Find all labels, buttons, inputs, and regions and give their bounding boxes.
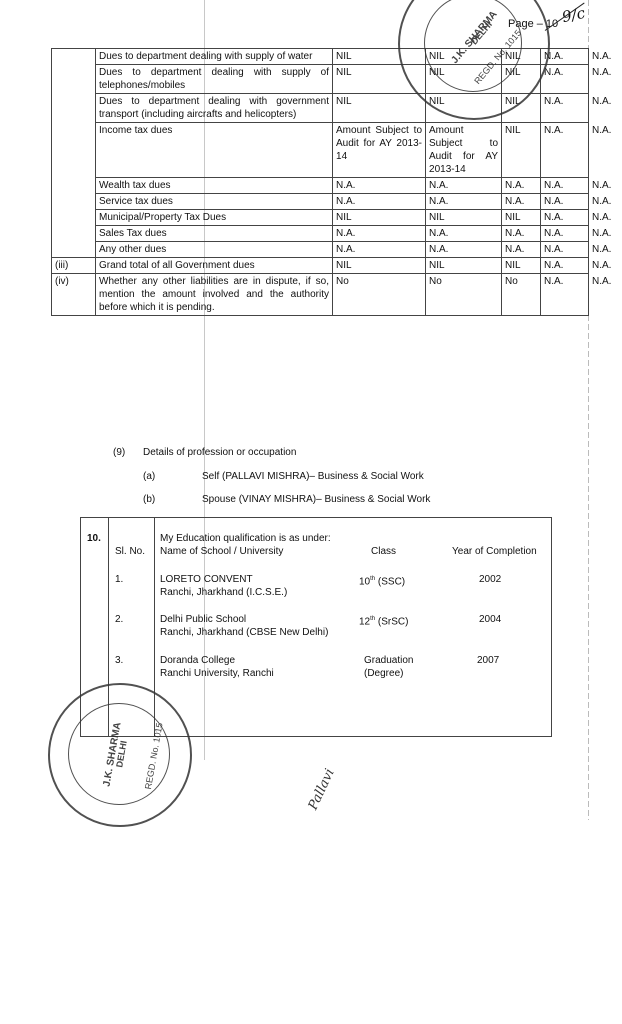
edu-row-3-location: Ranchi University, Ranchi — [160, 667, 274, 680]
due-value-c3: N.A. — [502, 194, 541, 210]
row-number — [52, 178, 96, 194]
row-number — [52, 49, 96, 65]
due-description: Service tax dues — [96, 194, 333, 210]
due-value-c4: N.A. — [541, 65, 589, 94]
row-number — [52, 65, 96, 94]
due-description: Dues to department dealing with governme… — [96, 94, 333, 123]
table-row: Income tax duesAmount Subject to Audit f… — [52, 123, 589, 178]
edu-row-2-year: 2004 — [479, 613, 501, 626]
header-year: Year of Completion — [452, 545, 537, 558]
due-value-c3: N.A. — [502, 178, 541, 194]
due-value-c3: No — [502, 274, 541, 316]
due-description: Municipal/Property Tax Dues — [96, 210, 333, 226]
edu-row-3-year: 2007 — [477, 654, 499, 667]
due-description: Whether any other liabilities are in dis… — [96, 274, 333, 316]
table-row: (iii)Grand total of all Government duesN… — [52, 258, 589, 274]
due-value-c3: NIL — [502, 123, 541, 178]
due-value-c4: N.A. — [541, 226, 589, 242]
table-row: Municipal/Property Tax DuesNILNILNILN.A.… — [52, 210, 589, 226]
section-10-number: 10. — [87, 532, 101, 545]
item-a-text: Self (PALLAVI MISHRA)– Business & Social… — [202, 471, 424, 482]
due-description: Dues to department dealing with supply o… — [96, 49, 333, 65]
edu-row-1-location: Ranchi, Jharkhand (I.C.S.E.) — [160, 586, 287, 599]
due-value-c2: NIL — [426, 258, 502, 274]
due-value-c1: No — [333, 274, 426, 316]
due-description: Any other dues — [96, 242, 333, 258]
due-value-c1: NIL — [333, 210, 426, 226]
item-b-label: (b) — [143, 494, 155, 505]
due-value-c1: N.A. — [333, 226, 426, 242]
due-value-c1: NIL — [333, 94, 426, 123]
due-value-c1: NIL — [333, 258, 426, 274]
due-value-c4: N.A. — [541, 178, 589, 194]
due-description: Sales Tax dues — [96, 226, 333, 242]
due-value-c1: N.A. — [333, 178, 426, 194]
edu-row-1-sl: 1. — [115, 573, 123, 586]
due-value-c1: N.A. — [333, 194, 426, 210]
edu-row-2-sl: 2. — [115, 613, 123, 626]
due-description: Income tax dues — [96, 123, 333, 178]
row-number: (iv) — [52, 274, 96, 316]
row-number — [52, 210, 96, 226]
due-value-c3: N.A. — [502, 242, 541, 258]
table-row: Sales Tax duesN.A.N.A.N.A.N.A.N.A. — [52, 226, 589, 242]
signature: Pallavi — [306, 767, 338, 813]
edu-row-2-school: Delhi Public School — [160, 613, 246, 626]
edu-row-3-class-detail: (Degree) — [364, 667, 403, 680]
edu-row-2-class: 12th (SrSC) — [359, 613, 408, 628]
edu-row-1-school: LORETO CONVENT — [160, 573, 253, 586]
due-value-c4: N.A. — [541, 274, 589, 316]
row-number: (iii) — [52, 258, 96, 274]
edu-row-2-location: Ranchi, Jharkhand (CBSE New Delhi) — [160, 626, 328, 639]
due-value-c4: N.A. — [541, 210, 589, 226]
item-a-label: (a) — [143, 471, 155, 482]
table-row: Service tax duesN.A.N.A.N.A.N.A.N.A. — [52, 194, 589, 210]
edu-row-1-year: 2002 — [479, 573, 501, 586]
due-value-c3: N.A. — [502, 226, 541, 242]
due-value-c2: No — [426, 274, 502, 316]
due-value-c2: N.A. — [426, 226, 502, 242]
due-value-c3: NIL — [502, 210, 541, 226]
due-value-c2: NIL — [426, 210, 502, 226]
edu-row-1-class: 10th (SSC) — [359, 573, 405, 588]
header-sl-no: Sl. No. — [115, 545, 145, 558]
due-value-c4: N.A. — [541, 94, 589, 123]
item-b-text: Spouse (VINAY MISHRA)– Business & Social… — [202, 494, 430, 505]
table-row: (iv)Whether any other liabilities are in… — [52, 274, 589, 316]
due-value-c4: N.A. — [541, 123, 589, 178]
due-description: Dues to department dealing with supply o… — [96, 65, 333, 94]
row-number — [52, 226, 96, 242]
due-description: Grand total of all Government dues — [96, 258, 333, 274]
due-value-c2: N.A. — [426, 242, 502, 258]
due-value-c2: N.A. — [426, 178, 502, 194]
row-number — [52, 123, 96, 178]
due-value-c4: N.A. — [541, 194, 589, 210]
edu-row-3-sl: 3. — [115, 654, 123, 667]
row-number — [52, 94, 96, 123]
due-value-c4: N.A. — [541, 242, 589, 258]
row-number — [52, 194, 96, 210]
due-description: Wealth tax dues — [96, 178, 333, 194]
due-value-c1: Amount Subject to Audit for AY 2013-14 — [333, 123, 426, 178]
table-row: Wealth tax duesN.A.N.A.N.A.N.A.N.A. — [52, 178, 589, 194]
due-value-c3: NIL — [502, 258, 541, 274]
header-school: Name of School / University — [160, 545, 283, 558]
due-value-c2: Amount Subject to Audit for AY 2013-14 — [426, 123, 502, 178]
due-value-c2: N.A. — [426, 194, 502, 210]
section-9-title: Details of profession or occupation — [143, 447, 296, 458]
education-intro: My Education qualification is as under: — [160, 532, 331, 545]
edu-row-3-class: Graduation — [364, 654, 413, 667]
table-row: Any other duesN.A.N.A.N.A.N.A.N.A. — [52, 242, 589, 258]
notary-stamp-bottom: J.K. SHARMA DELHI REGD. No. 1015 — [48, 683, 192, 827]
section-9-number: (9) — [113, 447, 125, 458]
due-value-c1: N.A. — [333, 242, 426, 258]
due-value-c4: N.A. — [541, 258, 589, 274]
row-number — [52, 242, 96, 258]
header-class: Class — [371, 545, 396, 558]
edu-row-3-school: Doranda College — [160, 654, 235, 667]
